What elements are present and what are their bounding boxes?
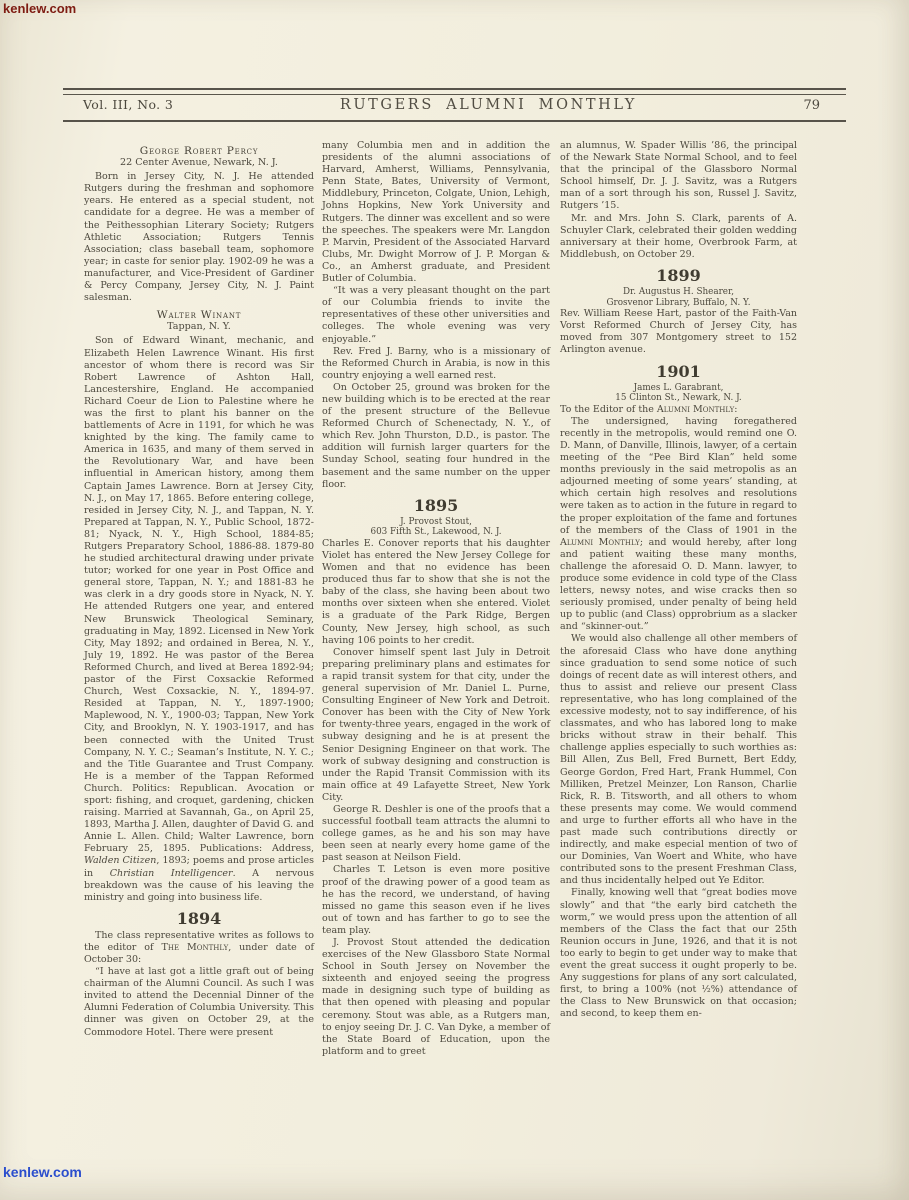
paragraph: On October 25, ground was broken for the… — [322, 382, 550, 491]
paragraph: “It was a very pleasant thought on the p… — [322, 285, 550, 345]
paragraph-continued: many Columbia men and in addition the pr… — [322, 140, 550, 285]
paragraph-continued: an alumnus, W. Spader Willis ’86, the pr… — [560, 140, 797, 213]
paragraph-text: “I have at last got a little graft out o… — [84, 966, 314, 1037]
header-bottom-rule — [63, 120, 846, 122]
italic-text: Walden Citizen — [84, 855, 156, 866]
page-header: Vol. III, No. 3 RUTGERS ALUMNI MONTHLY 7… — [63, 97, 846, 113]
class-rep-line: Dr. Augustus H. Shearer, — [560, 287, 797, 298]
paragraph: “I have at last got a little graft out o… — [84, 966, 314, 1039]
text-column-2: many Columbia men and in addition the pr… — [322, 140, 550, 1058]
paragraph-text: J. Provost Stout attended the dedication… — [322, 937, 550, 1057]
small-caps-text: The Monthly — [162, 942, 229, 953]
paragraph: We would also challenge all other member… — [560, 633, 797, 887]
paragraph: Conover himself spent last July in Detro… — [322, 647, 550, 804]
class-year-heading: 1894 — [84, 910, 314, 927]
paragraph: George R. Deshler is one of the proofs t… — [322, 804, 550, 864]
paragraph: The class representative writes as follo… — [84, 930, 314, 966]
section-person-name: Walter Winant — [84, 309, 314, 321]
paragraph-text: George R. Deshler is one of the proofs t… — [322, 804, 550, 863]
paragraph-text: We would also challenge all other member… — [560, 633, 797, 886]
class-year-heading: 1899 — [560, 267, 797, 284]
class-year-heading: 1901 — [560, 363, 797, 380]
paragraph-continued: To the Editor of the Alumni Monthly: — [560, 404, 797, 416]
small-caps-text: Alumni Monthly — [657, 404, 734, 415]
paragraph-text: Born in Jersey City, N. J. He attended R… — [84, 171, 314, 303]
paragraph-text: Mr. and Mrs. John S. Clark, parents of A… — [560, 213, 797, 260]
paragraph-text: Charles E. Conover reports that his daug… — [322, 538, 550, 646]
watermark-bottom: kenlew.com — [3, 1164, 82, 1180]
page-number: 79 — [803, 98, 820, 113]
class-rep-line: 603 Fifth St., Lakewood, N. J. — [322, 527, 550, 538]
header-double-rule — [63, 88, 846, 95]
paragraph-text: Conover himself spent last July in Detro… — [322, 647, 550, 803]
paragraph-text: Finally, knowing well that “great bodies… — [560, 887, 797, 1019]
paragraph-text: Charles T. Letson is even more positive … — [322, 864, 550, 935]
paragraph-continued: Rev. William Reese Hart, pastor of the F… — [560, 308, 797, 356]
class-year-heading: 1895 — [322, 497, 550, 514]
paragraph: The undersigned, having foregathered rec… — [560, 416, 797, 634]
paragraph: Mr. and Mrs. John S. Clark, parents of A… — [560, 213, 797, 261]
magazine-page: kenlew.com kenlew.com Vol. III, No. 3 RU… — [0, 0, 909, 1200]
paragraph: Born in Jersey City, N. J. He attended R… — [84, 171, 314, 304]
volume-label: Vol. III, No. 3 — [83, 97, 173, 112]
paragraph-text: Rev. William Reese Hart, pastor of the F… — [560, 308, 797, 355]
paragraph-text: Son of Edward Winant, mechanic, and Eliz… — [84, 335, 314, 854]
text-column-3: an alumnus, W. Spader Willis ’86, the pr… — [560, 140, 797, 1020]
paragraph-text: On October 25, ground was broken for the… — [322, 382, 550, 490]
paragraph-continued: Charles E. Conover reports that his daug… — [322, 538, 550, 647]
paragraph-text: “It was a very pleasant thought on the p… — [322, 285, 550, 344]
text-column-1: George Robert Percy22 Center Avenue, New… — [84, 140, 314, 1039]
class-rep-line: Grosvenor Library, Buffalo, N. Y. — [560, 298, 797, 309]
paragraph-text: an alumnus, W. Spader Willis ’86, the pr… — [560, 140, 797, 211]
paragraph-text: Rev. Fred J. Barny, who is a missionary … — [322, 346, 550, 381]
paragraph: Son of Edward Winant, mechanic, and Eliz… — [84, 335, 314, 903]
paragraph-text: many Columbia men and in addition the pr… — [322, 140, 550, 284]
section-address: 22 Center Avenue, Newark, N. J. — [84, 157, 314, 169]
section-person-name: George Robert Percy — [84, 145, 314, 157]
paragraph: Finally, knowing well that “great bodies… — [560, 887, 797, 1020]
small-caps-text: Alumni Monthly — [560, 537, 640, 548]
paragraph: Charles T. Letson is even more positive … — [322, 864, 550, 937]
paragraph-text: : — [734, 404, 737, 415]
class-rep-line: 15 Clinton St., Newark, N. J. — [560, 393, 797, 404]
class-rep-line: J. Provost Stout, — [322, 517, 550, 528]
class-rep-line: James L. Garabrant, — [560, 383, 797, 394]
paragraph: J. Provost Stout attended the dedication… — [322, 937, 550, 1058]
paragraph-text: The undersigned, having foregathered rec… — [560, 416, 797, 536]
paragraph-text: To the Editor of the — [560, 404, 657, 415]
paragraph: Rev. Fred J. Barny, who is a missionary … — [322, 346, 550, 382]
italic-text: Christian Intelligencer — [110, 868, 233, 879]
watermark-top: kenlew.com — [3, 1, 76, 16]
paragraph-text: ; and would hereby, after long and patie… — [560, 537, 797, 633]
page-title: RUTGERS ALUMNI MONTHLY — [340, 97, 637, 113]
section-address: Tappan, N. Y. — [84, 321, 314, 333]
